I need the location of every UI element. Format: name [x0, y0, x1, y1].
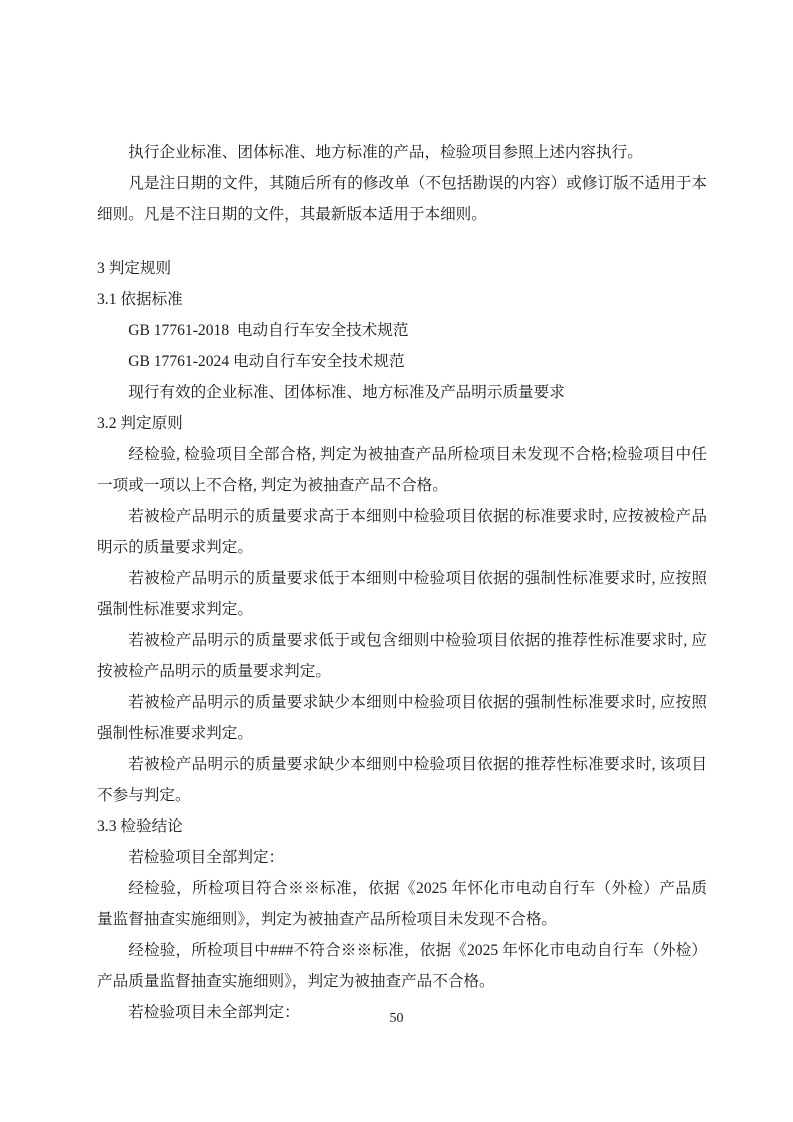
paragraph-principle-missing-mandatory: 若被检产品明示的质量要求缺少本细则中检验项目依据的强制性标准要求时, 应按照强制…: [97, 687, 707, 749]
document-page: 执行企业标准、团体标准、地方标准的产品，检验项目参照上述内容执行。 凡是注日期的…: [0, 0, 793, 1122]
paragraph-principle-all-pass: 经检验, 检验项目全部合格, 判定为被抽查产品所检项目未发现不合格;检验项目中任…: [97, 439, 707, 501]
paragraph-conclusion-fail: 经检验，所检项目中###不符合※※标准，依据《2025 年怀化市电动自行车（外检…: [97, 935, 707, 997]
heading-judgment-rules: 3 判定规则: [97, 253, 707, 284]
paragraph-principle-higher-requirement: 若被检产品明示的质量要求高于本细则中检验项目依据的标准要求时, 应按被检产品明示…: [97, 501, 707, 563]
line-current-effective-standards: 现行有效的企业标准、团体标准、地方标准及产品明示质量要求: [97, 377, 707, 408]
heading-basis-standards: 3.1 依据标准: [97, 284, 707, 315]
paragraph-exec-standards: 执行企业标准、团体标准、地方标准的产品，检验项目参照上述内容执行。: [97, 137, 707, 168]
line-gb-17761-2018: GB 17761-2018 电动自行车安全技术规范: [97, 315, 707, 346]
page-number: 50: [0, 1010, 793, 1028]
heading-inspection-conclusion: 3.3 检验结论: [97, 811, 707, 842]
paragraph-principle-lower-than-mandatory: 若被检产品明示的质量要求低于本细则中检验项目依据的强制性标准要求时, 应按照强制…: [97, 563, 707, 625]
paragraph-principle-missing-recommended: 若被检产品明示的质量要求缺少本细则中检验项目依据的推荐性标准要求时, 该项目不参…: [97, 749, 707, 811]
paragraph-conclusion-pass: 经检验，所检项目符合※※标准，依据《2025 年怀化市电动自行车（外检）产品质量…: [97, 873, 707, 935]
paragraph-principle-lower-than-recommended: 若被检产品明示的质量要求低于或包含细则中检验项目依据的推荐性标准要求时, 应按被…: [97, 625, 707, 687]
paragraph-dated-documents: 凡是注日期的文件，其随后所有的修改单（不包括勘误的内容）或修订版不适用于本细则。…: [97, 168, 707, 230]
document-body: 执行企业标准、团体标准、地方标准的产品，检验项目参照上述内容执行。 凡是注日期的…: [97, 137, 707, 1028]
paragraph-all-items-judged: 若检验项目全部判定：: [97, 842, 707, 873]
line-gb-17761-2024: GB 17761-2024 电动自行车安全技术规范: [97, 346, 707, 377]
heading-judgment-principles: 3.2 判定原则: [97, 408, 707, 439]
